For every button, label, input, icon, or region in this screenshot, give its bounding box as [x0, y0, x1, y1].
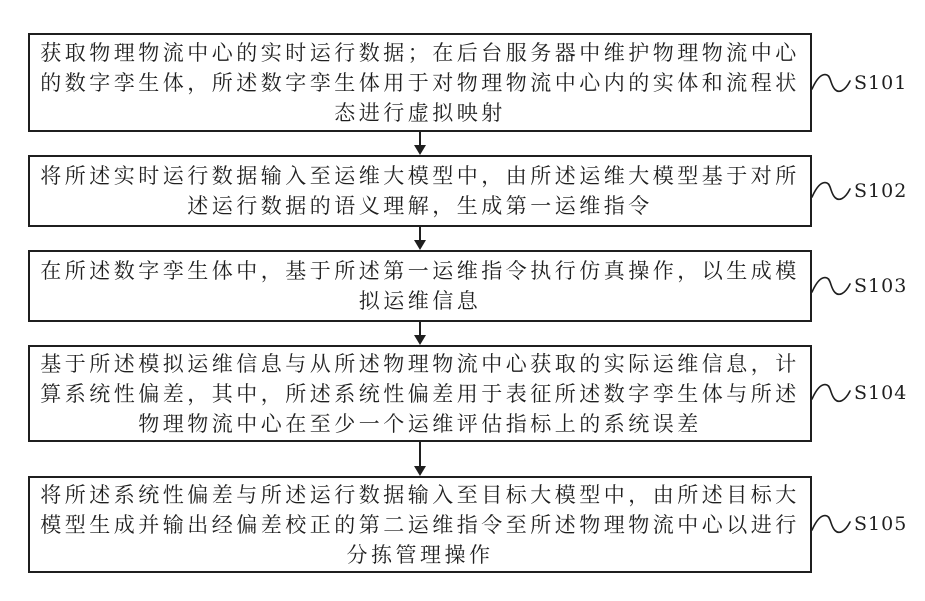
arrow-down-icon	[414, 145, 426, 155]
flow-step-box-s104: 基于所述模拟运维信息与从所述物理物流中心获取的实际运维信息，计算系统性偏差，其中…	[28, 345, 812, 442]
flow-step-text-s101: 获取物理物流中心的实时运行数据；在后台服务器中维护物理物流中心的数字孪生体，所述…	[30, 38, 810, 128]
flow-step-box-s102: 将所述实时运行数据输入至运维大模型中，由所述运维大模型基于对所述运行数据的语义理…	[28, 155, 812, 227]
arrow-down-icon	[414, 466, 426, 476]
step-label-text: S101	[854, 72, 907, 94]
arrow-down-icon	[414, 335, 426, 345]
step-label-s101: S101	[812, 68, 907, 98]
flow-arrow-4	[411, 442, 429, 476]
step-label-s102: S102	[812, 176, 907, 206]
step-label-text: S102	[854, 180, 907, 202]
step-label-text: S103	[854, 275, 907, 297]
flow-step-box-s105: 将所述系统性偏差与所述运行数据输入至目标大模型中，由所述目标大模型生成并输出经偏…	[28, 476, 812, 573]
flow-step-box-s101: 获取物理物流中心的实时运行数据；在后台服务器中维护物理物流中心的数字孪生体，所述…	[28, 33, 812, 132]
arrow-down-icon	[414, 240, 426, 250]
arrow-line	[419, 132, 421, 145]
squiggle-connector-icon	[812, 68, 852, 98]
squiggle-connector-icon	[812, 176, 852, 206]
flow-step-text-s103: 在所述数字孪生体中，基于所述第一运维指令执行仿真操作，以生成模拟运维信息	[30, 256, 810, 316]
patent-flowchart: 获取物理物流中心的实时运行数据；在后台服务器中维护物理物流中心的数字孪生体，所述…	[0, 0, 925, 601]
flow-arrow-2	[411, 227, 429, 250]
step-label-s103: S103	[812, 271, 907, 301]
flow-arrow-1	[411, 132, 429, 155]
step-label-text: S104	[854, 382, 907, 404]
step-label-s104: S104	[812, 378, 907, 408]
flow-arrow-3	[411, 322, 429, 345]
flow-step-text-s104: 基于所述模拟运维信息与从所述物理物流中心获取的实际运维信息，计算系统性偏差，其中…	[30, 349, 810, 439]
arrow-line	[419, 227, 421, 240]
squiggle-connector-icon	[812, 378, 852, 408]
flow-step-box-s103: 在所述数字孪生体中，基于所述第一运维指令执行仿真操作，以生成模拟运维信息	[28, 250, 812, 322]
arrow-line	[419, 322, 421, 335]
squiggle-connector-icon	[812, 509, 852, 539]
step-label-text: S105	[854, 513, 907, 535]
squiggle-connector-icon	[812, 271, 852, 301]
flow-step-text-s105: 将所述系统性偏差与所述运行数据输入至目标大模型中，由所述目标大模型生成并输出经偏…	[30, 480, 810, 570]
step-label-s105: S105	[812, 509, 907, 539]
arrow-line	[419, 442, 421, 466]
flow-step-text-s102: 将所述实时运行数据输入至运维大模型中，由所述运维大模型基于对所述运行数据的语义理…	[30, 161, 810, 221]
